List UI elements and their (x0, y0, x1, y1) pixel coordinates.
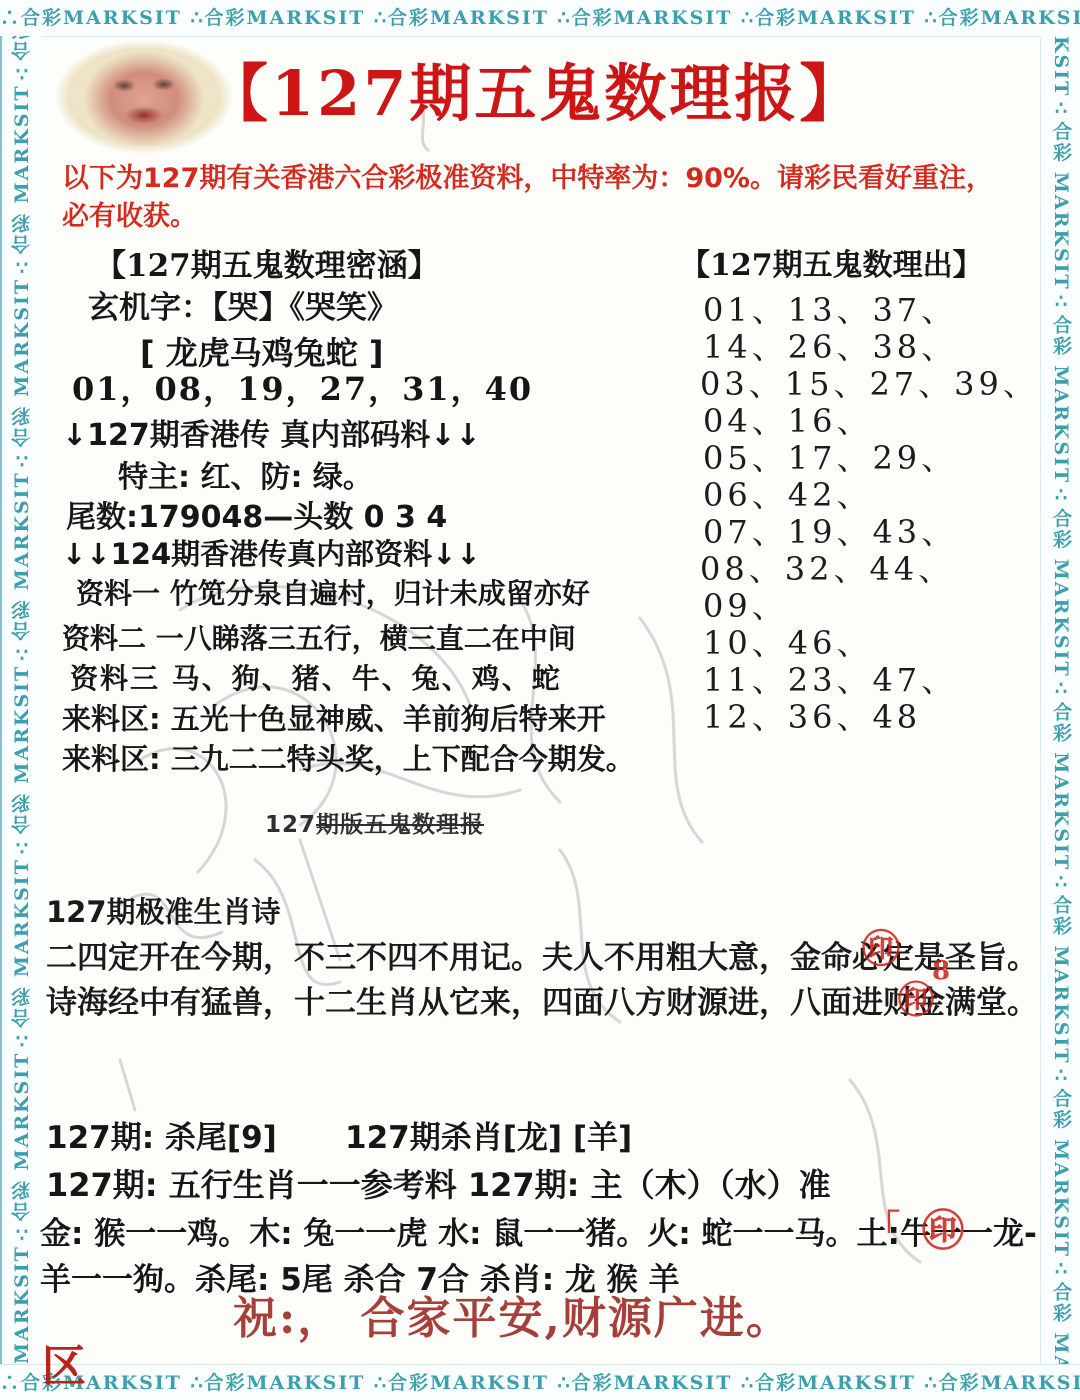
right-col-heading: 【127期五鬼数理出】 (680, 240, 983, 284)
lailiao1-line: 来料区: 五光十色显神威、羊前狗后特来开 (62, 697, 606, 738)
page-title: 【127期五鬼数理报】 (206, 44, 864, 133)
lucky-numbers-line: 01，08，19，27，31，40 (72, 364, 533, 410)
red-seal-mark: 8 (932, 956, 950, 986)
border-left-marksit: MARKSIT∴合彩 MARKSIT∴合彩 MARKSIT∴合彩 MARKSIT… (0, 36, 42, 1364)
lottery-flyer-page: { "colors": { "title_red": "#cc1616", "i… (0, 0, 1080, 1400)
mystery-word-line: 玄机字：【哭】《哭笑》 (88, 282, 398, 327)
faded-mid-title: 127期版五鬼数理报 (265, 806, 484, 839)
hk-124-line: ↓↓124期香港传真内部资料↓↓ (62, 532, 481, 573)
number-row: 12、36、48 (703, 692, 921, 738)
faded-mid-title-rest: 期版五鬼数理报 (316, 812, 484, 838)
red-bracket-mark: 「 (866, 1200, 900, 1249)
lailiao2-line: 来料区: 三九二二特头奖，上下配合今期发。 (62, 737, 635, 778)
wuxing-ref-line: 127期: 五行生肖一一参考料 127期: 主（木）（水）准 (46, 1160, 831, 1206)
border-right-marksit: KSIT∴合彩 MARKSIT∴合彩 MARKSIT∴合彩 MARKSIT∴合彩… (1040, 36, 1080, 1364)
ziliao2-line: 资料二 一八睇落三五行，横三直二在中间 (62, 617, 576, 657)
border-top-marksit: ∴合彩MARKSIT ∴合彩MARKSIT ∴合彩MARKSIT ∴合彩MARK… (0, 0, 1080, 37)
blessing-line: 祝:， 合家平安,财源广进。 (233, 1282, 792, 1346)
weishu-line: 尾数:179048—头数 0 3 4 (66, 492, 447, 536)
left-col-heading: 【127期五鬼数理密涵】 (95, 240, 439, 285)
ziliao3-line: 资料三 马、狗、猪、牛、兔、鸡、蛇 (70, 657, 562, 697)
ziliao1-line: 资料一 竹笕分泉自遍村，归计未成留亦好 (76, 572, 590, 612)
red-corner-mark: 区 (42, 1330, 86, 1394)
shawei-line: 127期: 杀尾[9] (46, 1112, 277, 1157)
border-bottom-marksit: ∴合彩MARKSIT ∴合彩MARKSIT ∴合彩MARKSIT ∴合彩MARK… (0, 1364, 1080, 1400)
poem-line-2: 诗海经中有猛兽，十二生肖从它来，四面八方财源进，八面进财金满堂。 (46, 977, 1038, 1022)
shaxiao-line: 127期杀肖[龙] [羊] (345, 1112, 632, 1157)
red-seal-mark: ㊞ (862, 918, 900, 973)
red-seal-mark: ㊞ (922, 1198, 964, 1258)
intro-paragraph: 以下为127期有关香港六合彩极准资料，中特率为：90%。请彩民看好重注，必有收获… (62, 160, 1014, 236)
faded-mid-title-number: 127 (265, 812, 316, 838)
poem-heading: 127期极准生肖诗 (46, 890, 281, 931)
hk-127-line: ↓127期香港传 真内部码料↓↓ (62, 410, 480, 454)
tezhu-line: 特主: 红、防: 绿。 (118, 452, 373, 496)
red-seal-mark: ㊞ (898, 972, 934, 1023)
